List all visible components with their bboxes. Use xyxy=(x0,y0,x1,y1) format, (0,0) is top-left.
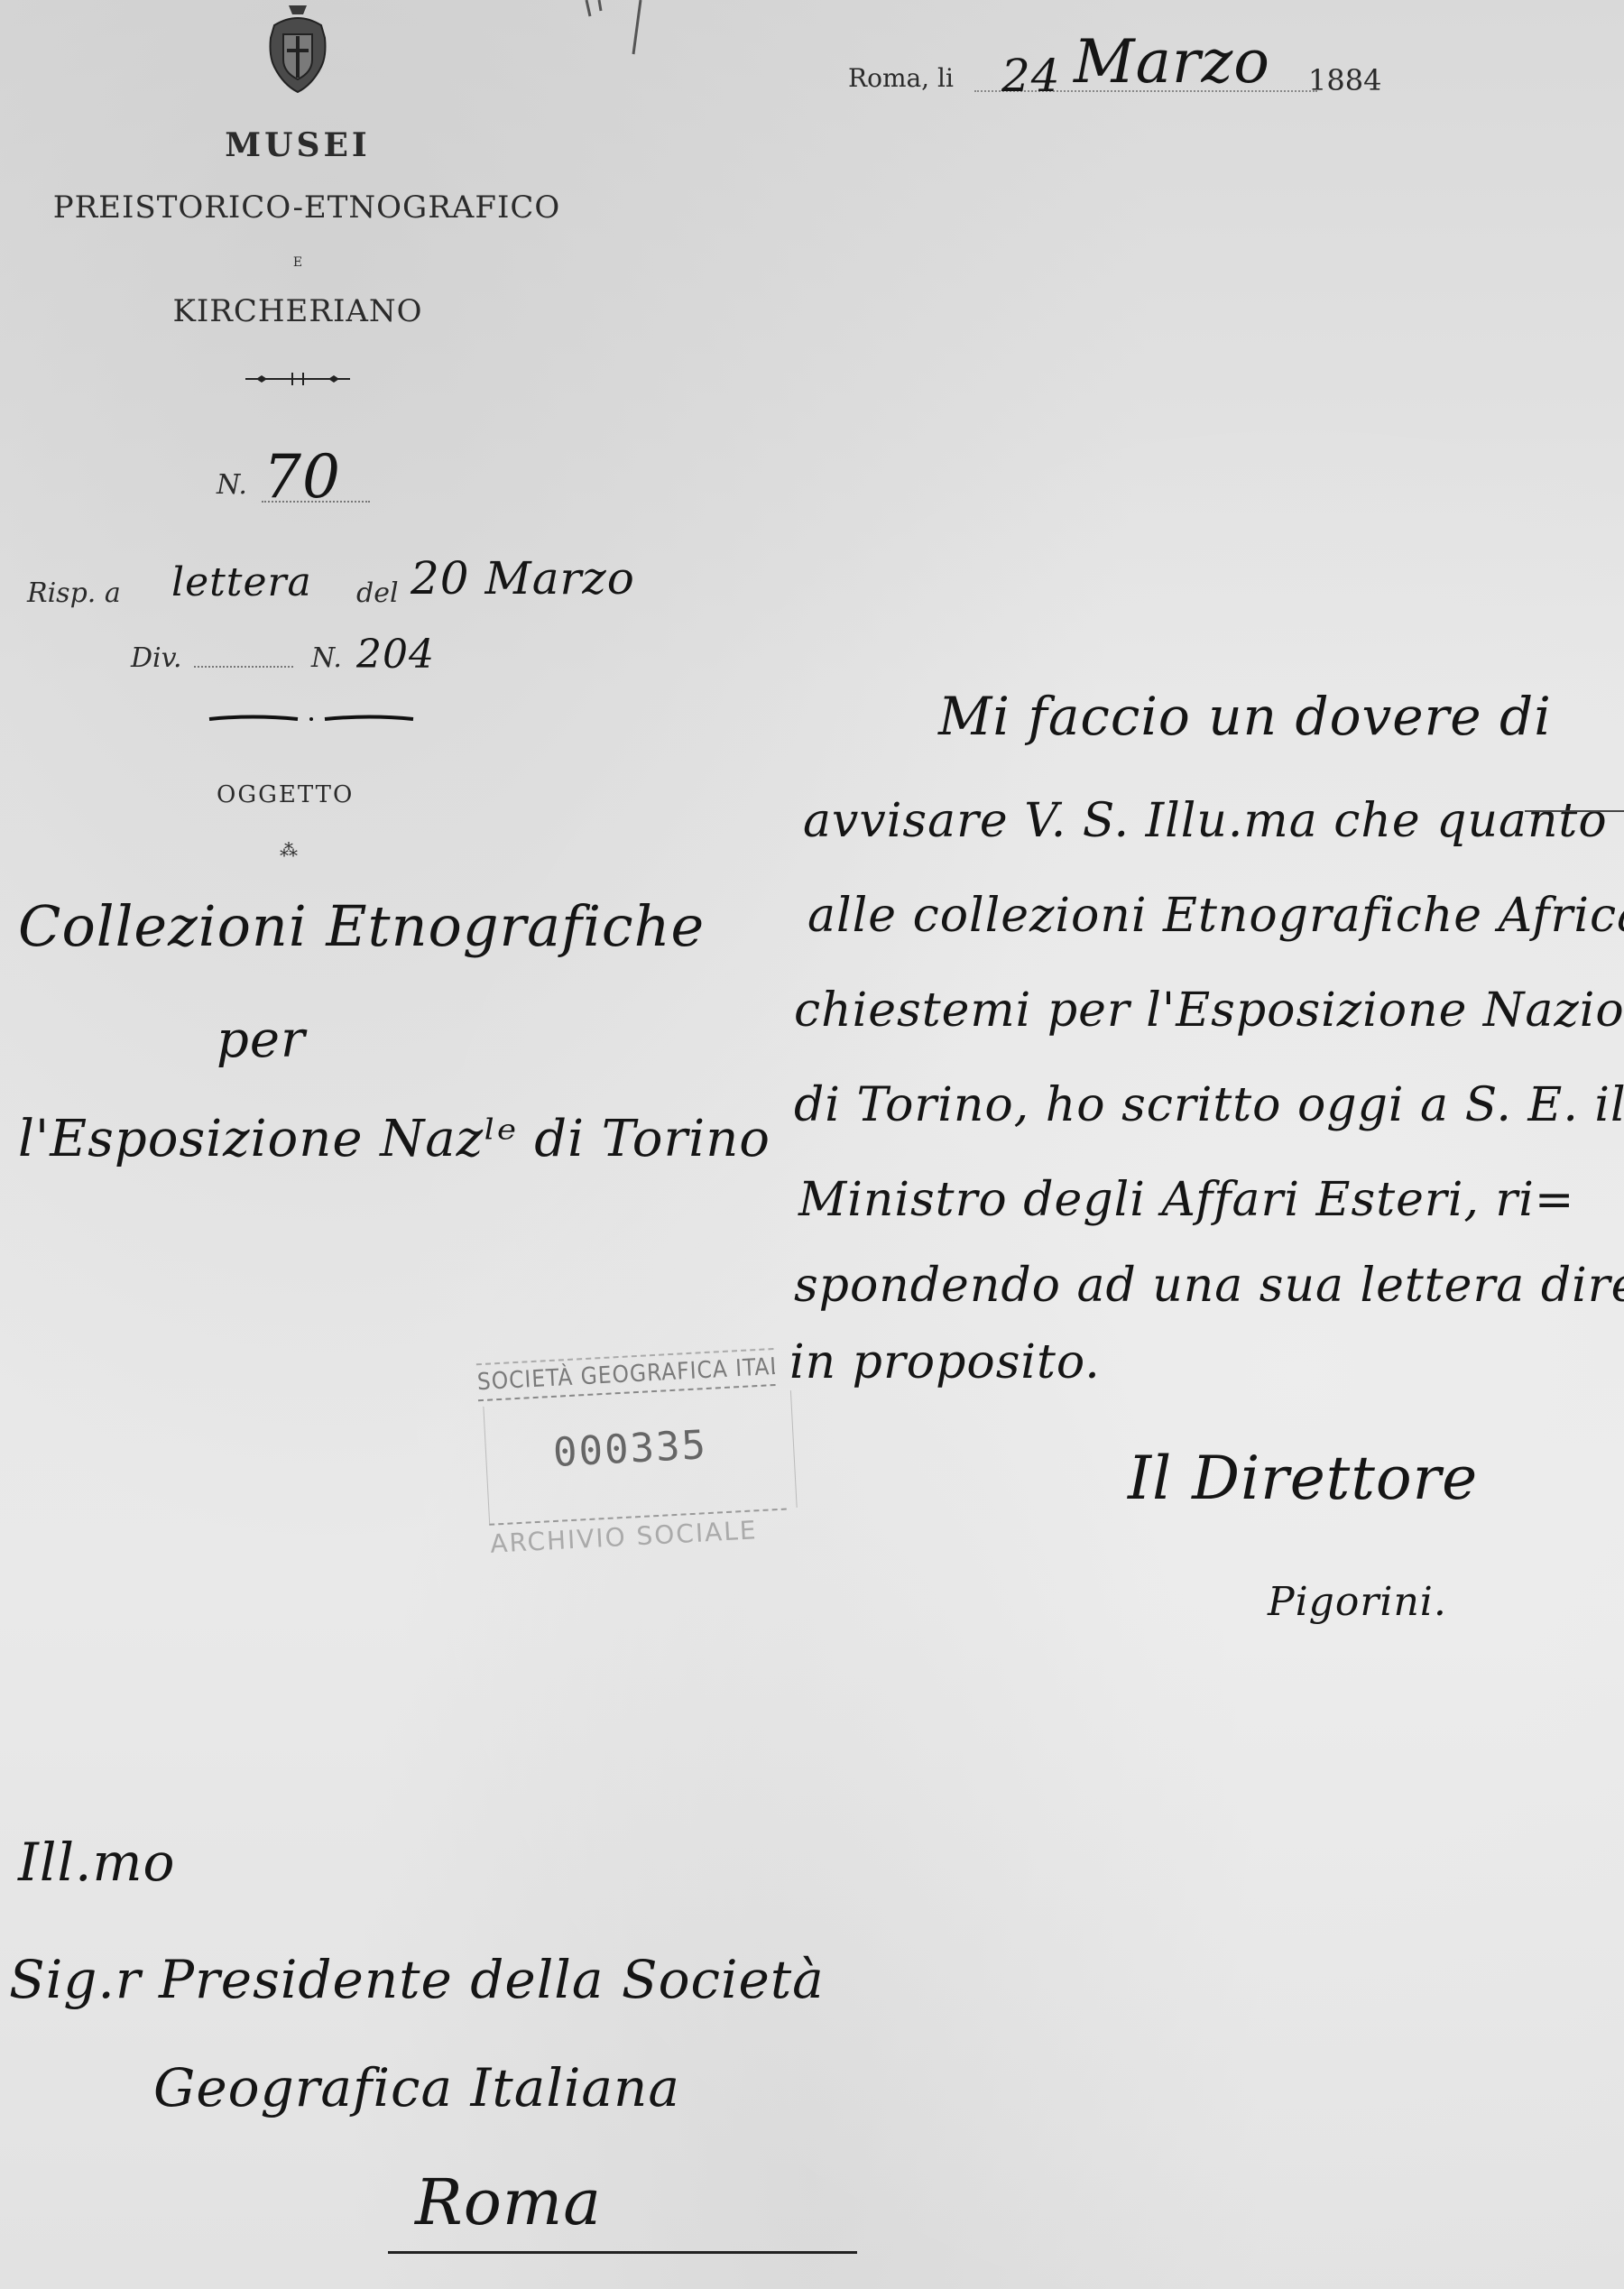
signature-title: Il Direttore xyxy=(1128,1444,1478,1513)
archive-stamp: SOCIETÀ GEOGRAFICA ITALI 000335 ARCHIVIO… xyxy=(471,1336,807,1561)
museum-subtitle: PREISTORICO-ETNOGRAFICO xyxy=(18,189,595,226)
signature-name: Pigorini. xyxy=(1268,1579,1447,1625)
dotted-line xyxy=(262,501,370,503)
division-number-value: 204 xyxy=(356,632,435,678)
division-number-label: N. xyxy=(311,642,342,674)
ink-mark-icon xyxy=(577,0,650,63)
date-month: Marzo xyxy=(1074,27,1270,97)
subject-line-2: per xyxy=(217,1011,306,1069)
body-line: spondendo ad una sua lettera direttami xyxy=(794,1259,1624,1313)
body-line: di Torino, ho scritto oggi a S. E. il xyxy=(794,1078,1624,1132)
margin-dash xyxy=(1525,810,1624,812)
date-year: 1884 xyxy=(1308,63,1381,97)
address-line-2: Sig.r Presidente della Società xyxy=(9,1949,825,2010)
reply-date-label: del xyxy=(356,577,399,609)
reply-value: lettera xyxy=(171,559,312,605)
body-line: Ministro degli Affari Esteri, ri= xyxy=(798,1173,1574,1227)
division-label: Div. xyxy=(131,642,182,674)
body-line: alle collezioni Etnografiche Africane, xyxy=(807,889,1624,943)
subject-ornament-icon: ⁂ xyxy=(280,839,298,861)
address-city: Roma xyxy=(415,2165,602,2239)
subject-label: OGGETTO xyxy=(217,781,354,808)
date-place-label: Roma, li xyxy=(848,63,954,93)
museum-title: MUSEI xyxy=(72,126,523,164)
dotted-line xyxy=(194,666,293,668)
stamp-number: 000335 xyxy=(552,1422,708,1476)
museum-name: KIRCHERIANO xyxy=(90,293,505,329)
body-line: Mi faccio un dovere di xyxy=(938,686,1552,747)
date-day: 24 xyxy=(1001,50,1061,102)
ornament-divider-icon xyxy=(244,370,352,388)
body-line: in proposito. xyxy=(789,1335,1101,1389)
separator-ornament-icon xyxy=(208,713,415,725)
address-line-1: Ill.mo xyxy=(18,1832,175,1893)
body-line: chiestemi per l'Esposizione Nazionale xyxy=(794,983,1624,1038)
subject-line-1: Collezioni Etnografiche xyxy=(18,893,705,959)
coat-of-arms-icon xyxy=(262,2,334,94)
conjunction-text: E xyxy=(271,255,325,270)
city-underline xyxy=(388,2251,857,2254)
address-line-3: Geografica Italiana xyxy=(153,2057,680,2118)
protocol-number-label: N. xyxy=(217,469,247,501)
subject-line-3: l'Esposizione Nazˡᵉ di Torino xyxy=(18,1110,770,1168)
reply-label: Risp. a xyxy=(27,577,121,609)
reply-date-value: 20 Marzo xyxy=(411,552,635,605)
body-line: avvisare V. S. Illu.ma che quanto xyxy=(803,794,1608,848)
